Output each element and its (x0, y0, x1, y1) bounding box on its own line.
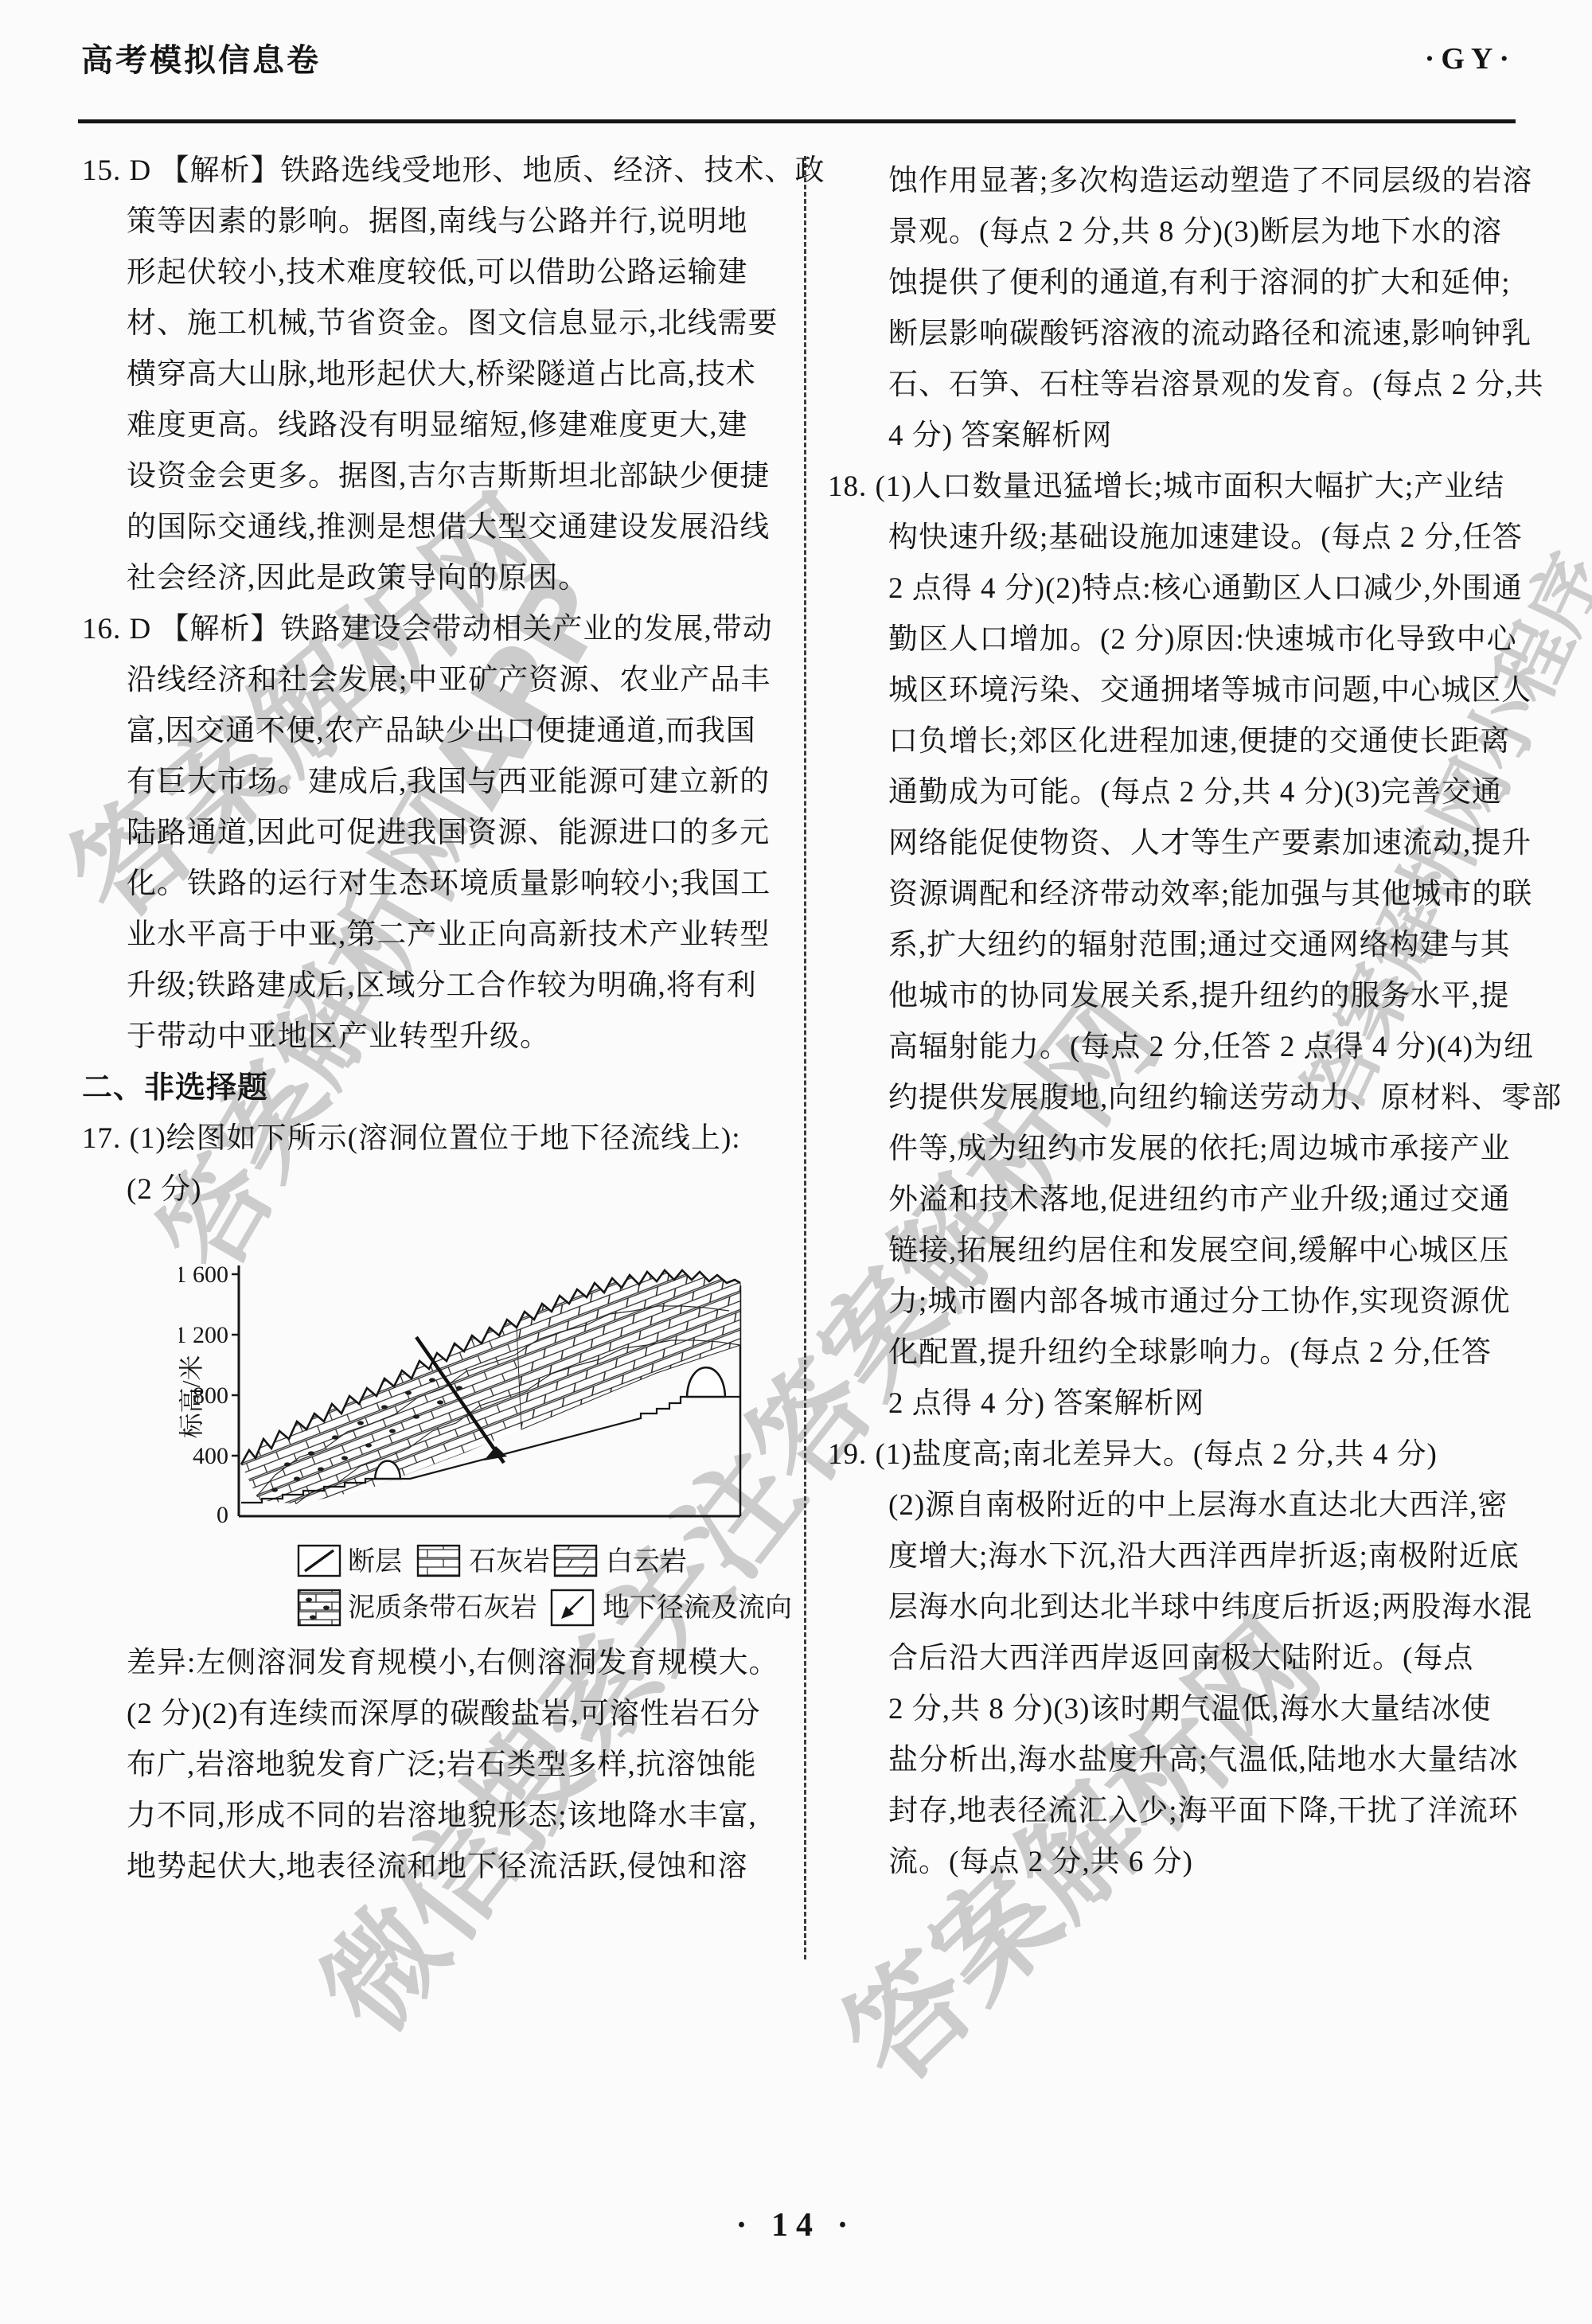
text-line: 勤区人口增加。(2 分)原因:快速城市化导致中心 (828, 614, 1544, 665)
text-line: 层海水向北到达北半球中纬度后折返;两股海水混 (828, 1582, 1544, 1633)
text-line: 链接,拓展纽约居住和发展空间,缓解中心城区压 (828, 1226, 1544, 1277)
text-line: 盐分析出,海水盐度升高;气温低,陆地水大量结冰 (828, 1735, 1544, 1786)
text-line: 18. (1)人口数量迅猛增长;城市面积大幅扩大;产业结 (828, 462, 1544, 513)
text-line: 高辐射能力。(每点 2 分,任答 2 点得 4 分)(4)为纽 (828, 1022, 1544, 1073)
text-line: 形起伏较小,技术难度较低,可以借助公路运输建 (82, 248, 798, 298)
text-line: 横穿高大山脉,地形起伏大,桥梁隧道占比高,技术 (82, 349, 798, 400)
text-line: 系,扩大纽约的辐射范围;通过交通网络构建与其 (828, 920, 1544, 971)
legend-label-underground-flow: 地下径流及流向 (603, 1593, 792, 1623)
ytick-400: 400 (193, 1443, 228, 1469)
text-line: 约提供发展腹地,向纽约输送劳动力、原材料、零部 (828, 1073, 1544, 1124)
legend-muddy-limestone: 泥质条带石灰岩 (298, 1590, 537, 1625)
text-line: 17. (1)绘图如下所示(溶洞位置位于地下径流线上): (82, 1113, 798, 1164)
legend-label-dolomite: 白云岩 (606, 1546, 687, 1577)
figure-legend: 断层 石灰岩 白云岩 泥质条带石灰岩 地下径流及流向 (298, 1546, 792, 1625)
ytick-1600: 1 600 (179, 1261, 228, 1288)
text-line: 石、石笋、石柱等岩溶景观的发育。(每点 2 分,共 (828, 360, 1544, 411)
text-line: 业水平高于中亚,第二产业正向高新技术产业转型 (82, 910, 798, 961)
text-line: (2 分)(2)有连续而深厚的碳酸盐岩,可溶性岩石分 (82, 1689, 798, 1740)
left-column-lower: 差异:左侧溶洞发育规模小,右侧溶洞发育规模大。(2 分)(2)有连续而深厚的碳酸… (82, 1638, 798, 1893)
text-line: 于带动中亚地区产业转型升级。 (82, 1012, 798, 1063)
text-line: 升级;铁路建成后,区域分工合作较为明确,将有利 (82, 961, 798, 1012)
text-line: 流。(每点 2 分,共 6 分) (828, 1837, 1544, 1888)
text-line: 沿线经济和社会发展;中亚矿产资源、农业产品丰 (82, 655, 798, 706)
scanned-answer-page: 答案解析网答案解析网APP微信搜索关注答案解析网答案解析网小程序答案解析网 高考… (0, 0, 1592, 2324)
rock-strata (241, 1270, 740, 1534)
text-line: 策等因素的影响。据图,南线与公路并行,说明地 (82, 197, 798, 248)
legend-label-limestone: 石灰岩 (469, 1546, 550, 1577)
text-line: 他城市的协同发展关系,提升纽约的服务水平,提 (828, 971, 1544, 1022)
text-line: 二、非选择题 (82, 1063, 798, 1113)
text-line: 2 分,共 8 分)(3)该时期气温低,海水大量结冰使 (828, 1684, 1544, 1735)
y-axis-label: 标高/米 (179, 1355, 205, 1439)
text-line: 化。铁路的运行对生态环境质量影响较小;我国工 (82, 859, 798, 910)
text-line: 构快速升级;基础设施加速建设。(每点 2 分,任答 (828, 513, 1544, 563)
text-line: 19. (1)盐度高;南北差异大。(每点 2 分,共 4 分) (828, 1429, 1544, 1480)
text-line: (2 分) (82, 1164, 798, 1215)
text-line: 材、施工机械,节省资金。图文信息显示,北线需要 (82, 298, 798, 349)
legend-dolomite: 白云岩 (555, 1546, 687, 1577)
page-header-code: ·GY· (1425, 41, 1516, 76)
page-header-title: 高考模拟信息卷 (81, 35, 321, 80)
ytick-0: 0 (217, 1502, 228, 1528)
text-line: 难度更高。线路没有明显缩短,修建难度更大,建 (82, 400, 798, 451)
ytick-1200: 1 200 (179, 1322, 228, 1348)
legend-label-fault: 断层 (348, 1547, 402, 1577)
text-line: 15. D 【解析】铁路选线受地形、地质、经济、技术、政 (82, 146, 798, 197)
cross-section-figure: 1 600 1 200 800 400 0 标高/米 (179, 1226, 808, 1640)
text-line: 件等,成为纽约市发展的依托;周边城市承接产业 (828, 1124, 1544, 1175)
right-column: 蚀作用显著;多次构造运动塑造了不同层级的岩溶景观。(每点 2 分,共 8 分)(… (828, 156, 1544, 1888)
text-line: 景观。(每点 2 分,共 8 分)(3)断层为地下水的溶 (828, 207, 1544, 258)
text-line: 化配置,提升纽约全球影响力。(每点 2 分,任答 (828, 1328, 1544, 1378)
text-line: 力不同,形成不同的岩溶地貌形态;该地降水丰富, (82, 1791, 798, 1842)
text-line: 通勤成为可能。(每点 2 分,共 4 分)(3)完善交通 (828, 767, 1544, 818)
text-line: 资源调配和经济带动效率;能加强与其他城市的联 (828, 869, 1544, 920)
text-line: 有巨大市场。建成后,我国与西亚能源可建立新的 (82, 757, 798, 808)
text-line: 蚀作用显著;多次构造运动塑造了不同层级的岩溶 (828, 156, 1544, 207)
text-line: 力;城市圈内部各城市通过分工协作,实现资源优 (828, 1277, 1544, 1328)
text-line: 设资金会更多。据图,吉尔吉斯斯坦北部缺少便捷 (82, 451, 798, 502)
text-line: 社会经济,因此是政策导向的原因。 (82, 553, 798, 604)
legend-fault: 断层 (298, 1546, 402, 1577)
header-rule (78, 119, 1516, 123)
page-number: · 14 · (0, 2206, 1592, 2244)
text-line: 布广,岩溶地貌发育广泛;岩石类型多样,抗溶蚀能 (82, 1740, 798, 1791)
text-line: 蚀提供了便利的通道,有利于溶洞的扩大和延伸; (828, 258, 1544, 309)
dolomite-zone (517, 1270, 740, 1429)
text-line: 地势起伏大,地表径流和地下径流活跃,侵蚀和溶 (82, 1842, 798, 1893)
text-line: 合后沿大西洋西岸返回南极大陆附近。(每点 (828, 1633, 1544, 1684)
text-line: 2 点得 4 分) 答案解析网 (828, 1378, 1544, 1429)
text-line: 陆路通道,因此可促进我国资源、能源进口的多元 (82, 808, 798, 859)
text-line: 网络能促使物资、人才等生产要素加速流动,提升 (828, 818, 1544, 869)
text-line: 断层影响碳酸钙溶液的流动路径和流速,影响钟乳 (828, 309, 1544, 360)
column-divider (804, 156, 806, 1959)
legend-limestone: 石灰岩 (418, 1546, 550, 1577)
text-line: 的国际交通线,推测是想借大型交通建设发展沿线 (82, 502, 798, 553)
text-line: 口负增长;郊区化进程加速,便捷的交通使长距离 (828, 716, 1544, 767)
text-line: 富,因交通不便,农产品缺少出口便捷通道,而我国 (82, 706, 798, 757)
text-line: 16. D 【解析】铁路建设会带动相关产业的发展,带动 (82, 604, 798, 655)
text-line: 4 分) 答案解析网 (828, 411, 1544, 462)
text-line: 外溢和技术落地,促进纽约市产业升级;通过交通 (828, 1175, 1544, 1226)
left-column-upper: 15. D 【解析】铁路选线受地形、地质、经济、技术、政策等因素的影响。据图,南… (82, 146, 798, 1215)
text-line: 差异:左侧溶洞发育规模小,右侧溶洞发育规模大。 (82, 1638, 798, 1689)
legend-underground-flow: 地下径流及流向 (552, 1590, 792, 1625)
legend-label-muddy-limestone: 泥质条带石灰岩 (348, 1593, 537, 1623)
flow-direction-arrow (484, 1446, 507, 1460)
text-line: 度增大;海水下沉,沿大西洋西岸折返;南极附近底 (828, 1531, 1544, 1582)
text-line: 封存,地表径流汇入少;海平面下降,干扰了洋流环 (828, 1786, 1544, 1837)
text-line: 2 点得 4 分)(2)特点:核心通勤区人口减少,外围通 (828, 563, 1544, 614)
large-cave (687, 1367, 725, 1397)
text-line: 城区环境污染、交通拥堵等城市问题,中心城区人 (828, 665, 1544, 716)
text-line: (2)源自南极附近的中上层海水直达北大西洋,密 (828, 1480, 1544, 1531)
